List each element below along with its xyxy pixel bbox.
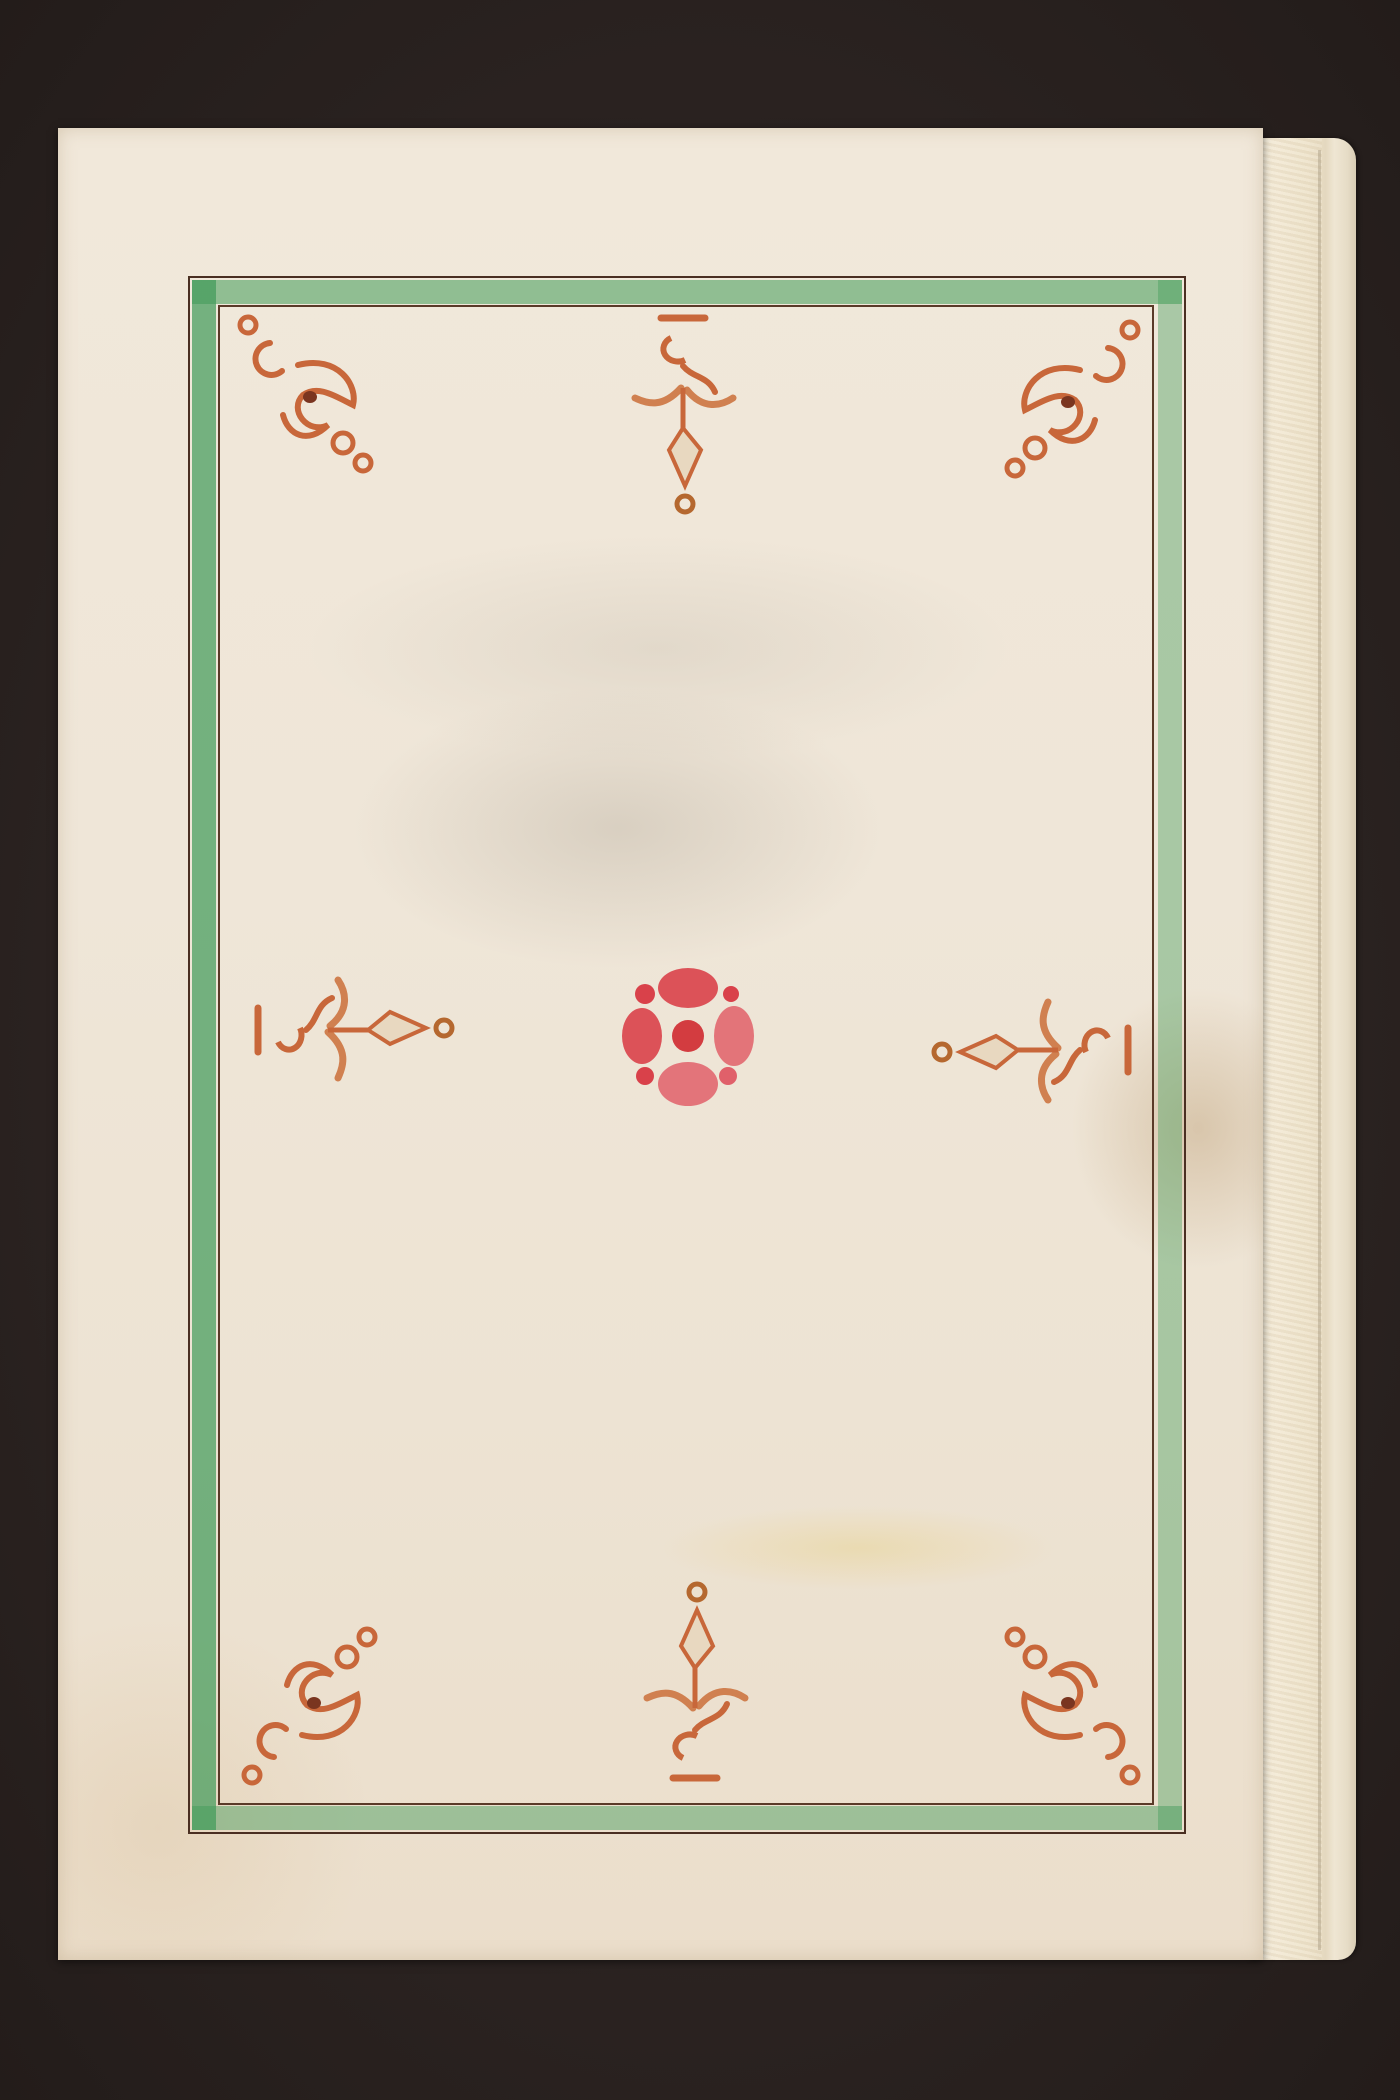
- spine-leather-texture: [1262, 138, 1322, 1960]
- spine-groove: [1318, 150, 1321, 1950]
- inner-ink-frame: [218, 305, 1154, 1805]
